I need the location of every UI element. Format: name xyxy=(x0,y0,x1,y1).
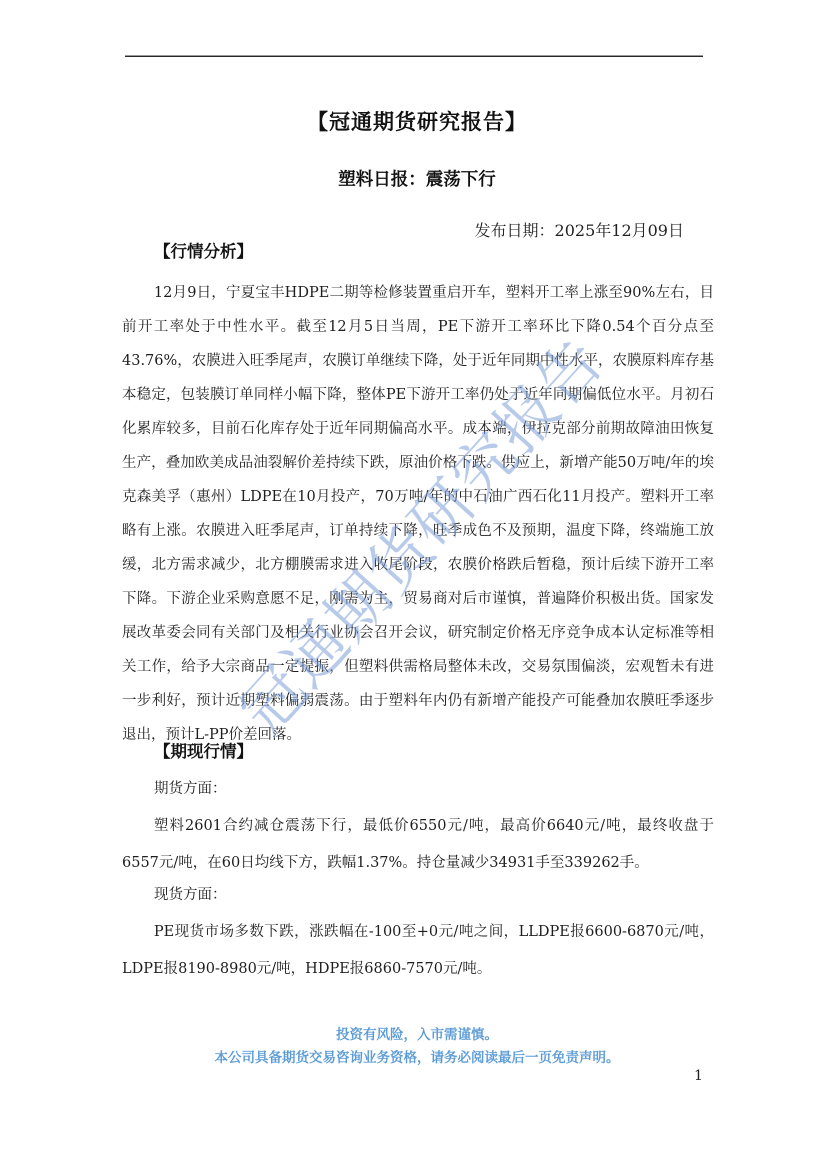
header-divider xyxy=(125,55,703,57)
analysis-paragraph: 12月9日，宁夏宝丰HDPE二期等检修装置重启开车，塑料开工率上涨至90%左右，… xyxy=(122,276,714,752)
futures-paragraph: 塑料2601合约减仓震荡下行，最低价6550元/吨，最高价6640元/吨，最终收… xyxy=(122,808,714,882)
report-page: 【冠通期货研究报告】 塑料日报：震荡下行 发布日期：2025年12月09日 【行… xyxy=(0,0,828,1170)
section-heading-market: 【期现行情】 xyxy=(154,738,253,762)
futures-side-label: 期货方面： xyxy=(154,777,227,798)
report-title: 【冠通期货研究报告】 xyxy=(122,106,712,136)
footer-disclaimer: 本公司具备期货交易咨询业务资格，请务必阅读最后一页免责声明。 xyxy=(122,1047,712,1070)
footer-risk-warning: 投资有风险，入市需谨慎。 xyxy=(122,1024,712,1047)
section-heading-analysis: 【行情分析】 xyxy=(154,238,253,262)
page-number: 1 xyxy=(694,1068,703,1084)
spot-side-label: 现货方面： xyxy=(154,883,227,904)
page-footer: 投资有风险，入市需谨慎。 本公司具备期货交易咨询业务资格，请务必阅读最后一页免责… xyxy=(122,1024,712,1070)
report-subtitle: 塑料日报：震荡下行 xyxy=(122,166,712,191)
spot-paragraph: PE现货市场多数下跌，涨跌幅在-100至+0元/吨之间，LLDPE报6600-6… xyxy=(122,914,714,988)
